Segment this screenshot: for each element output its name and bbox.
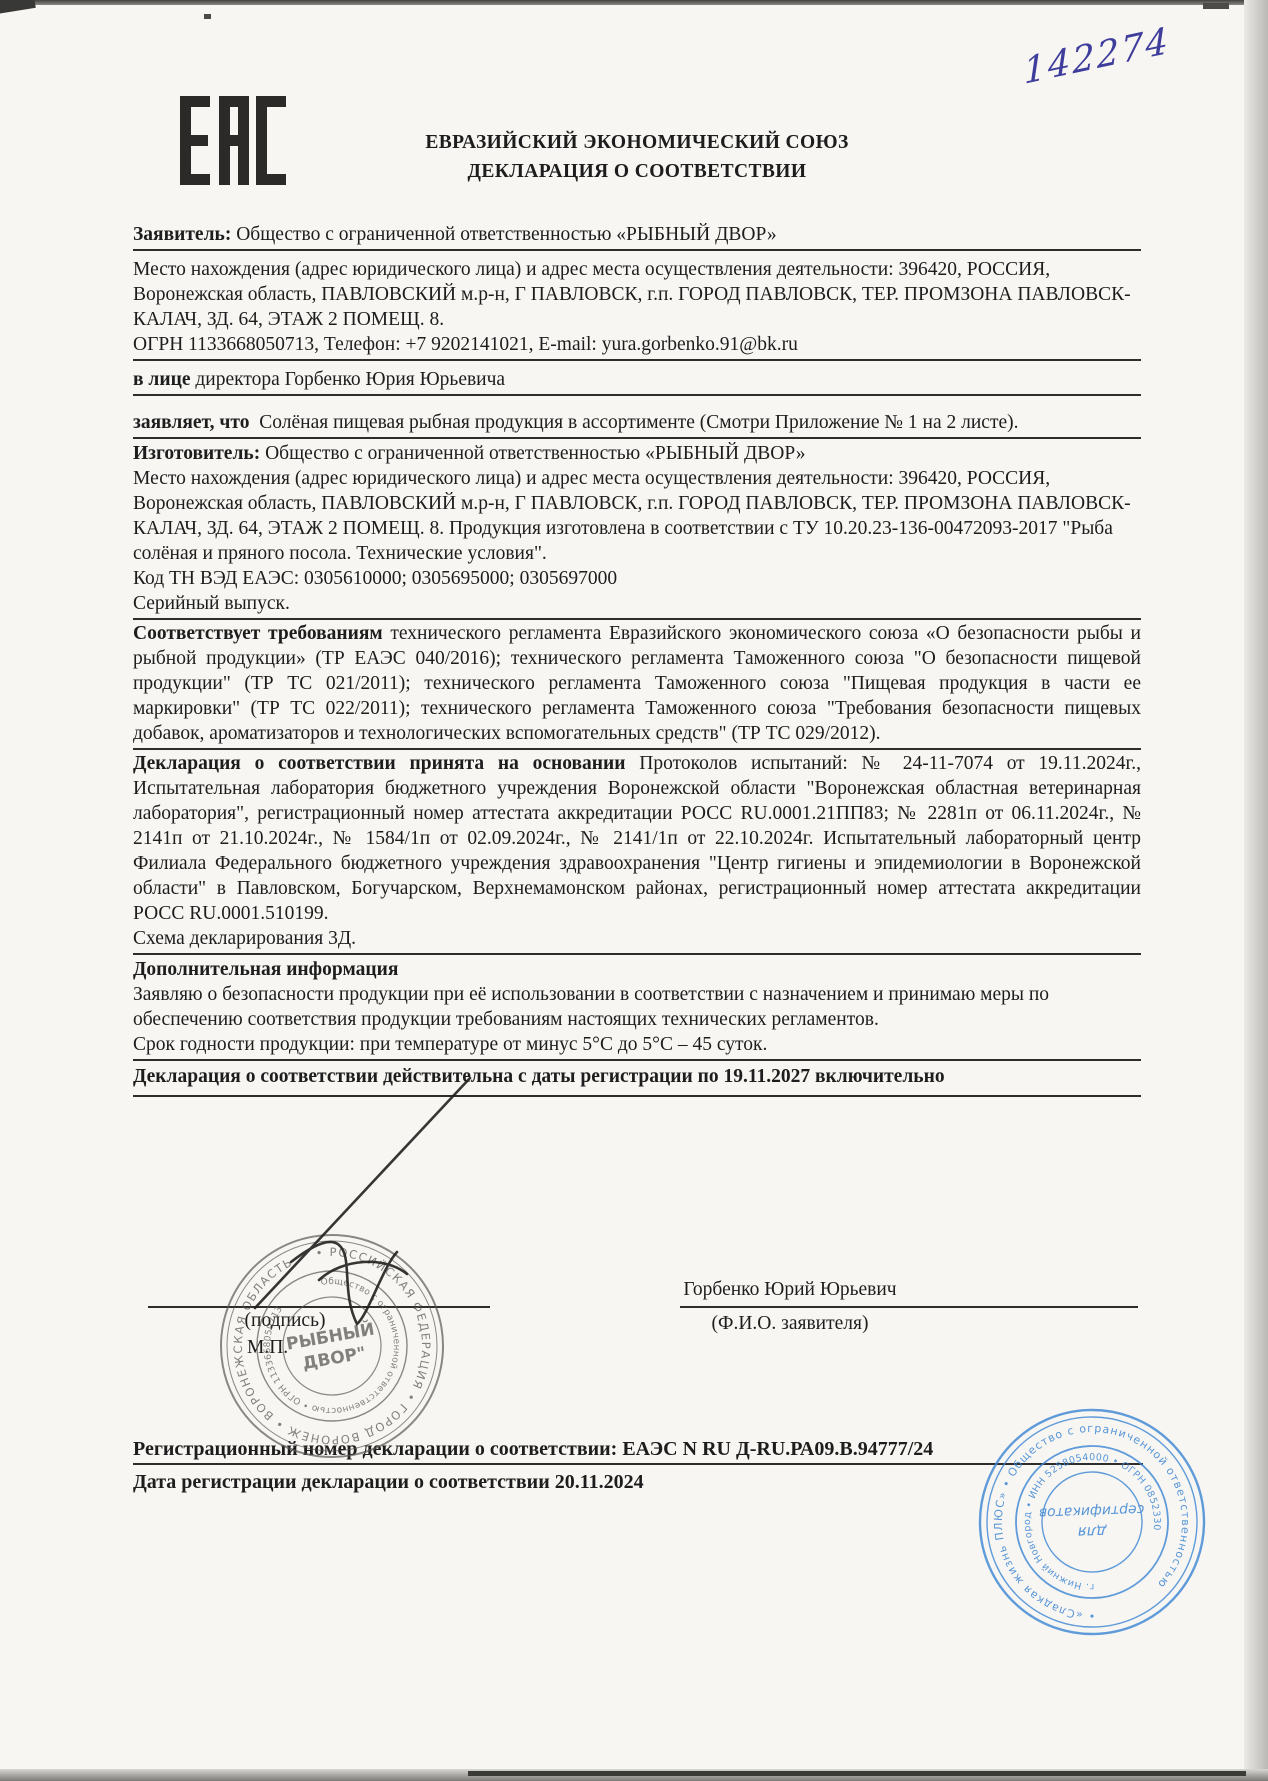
applicant-label: Заявитель: bbox=[133, 224, 231, 245]
blue-stamp-center-line2: сертификатов bbox=[1039, 1501, 1145, 1521]
scan-edge-bottom-line bbox=[468, 1771, 1246, 1776]
scan-edge-right bbox=[1244, 0, 1268, 1781]
director-label: в лице bbox=[133, 369, 190, 390]
certification-blue-stamp: • «Сладкая жизнь ПЛЮС» • Общество с огра… bbox=[971, 1401, 1213, 1643]
divider bbox=[133, 249, 1141, 251]
divider bbox=[133, 748, 1141, 750]
document-body: Заявитель: Общество с ограниченной ответ… bbox=[133, 222, 1141, 1098]
divider bbox=[133, 359, 1141, 361]
scan-edge-top bbox=[0, 0, 1268, 5]
applicant-line: Заявитель: Общество с ограниченной ответ… bbox=[133, 222, 1141, 247]
compliance-label: Соответствует требованиям bbox=[133, 623, 383, 644]
shelf-life-line: Срок годности продукции: при температуре… bbox=[133, 1032, 1141, 1057]
scan-speck bbox=[204, 14, 211, 19]
scanned-declaration-page: 142274 ЕВРАЗИЙСКИЙ ЭКОНОМИЧЕСКИЙ СОЮЗ ДЕ… bbox=[0, 0, 1268, 1781]
declares-paragraph: заявляет, что Солёная пищевая рыбная про… bbox=[133, 410, 1141, 435]
additional-label: Дополнительная информация bbox=[133, 957, 1141, 982]
basis-label: Декларация о соответствии принята на осн… bbox=[133, 753, 626, 774]
document-title: ЕВРАЗИЙСКИЙ ЭКОНОМИЧЕСКИЙ СОЮЗ ДЕКЛАРАЦИ… bbox=[133, 128, 1141, 186]
manufacturer-label: Изготовитель: bbox=[133, 443, 260, 464]
manufacturer-line: Изготовитель: Общество с ограниченной от… bbox=[133, 441, 1141, 466]
tn-ved-line: Код ТН ВЭД ЕАЭС: 0305610000; 0305695000;… bbox=[133, 566, 1141, 591]
compliance-paragraph: Соответствует требованиям технического р… bbox=[133, 621, 1141, 746]
applicant-director: в лице директора Горбенко Юрия Юрьевича bbox=[133, 367, 1141, 392]
blue-stamp-center-line1: для bbox=[1078, 1522, 1109, 1541]
title-line1: ЕВРАЗИЙСКИЙ ЭКОНОМИЧЕСКИЙ СОЮЗ bbox=[133, 128, 1141, 157]
declares-text: Солёная пищевая рыбная продукция в ассор… bbox=[259, 412, 1018, 433]
fio-line bbox=[680, 1306, 1138, 1308]
applicant-contacts: ОГРН 1133668050713, Телефон: +7 92021410… bbox=[133, 332, 1141, 357]
scan-speck bbox=[1203, 3, 1229, 9]
handwritten-number: 142274 bbox=[1023, 20, 1171, 93]
basis-paragraph: Декларация о соответствии принята на осн… bbox=[133, 751, 1141, 926]
declares-label: заявляет, что bbox=[133, 412, 250, 433]
additional-label-text: Дополнительная информация bbox=[133, 959, 398, 980]
applicant-name: Общество с ограниченной ответственностью… bbox=[236, 224, 776, 245]
handwritten-signature bbox=[233, 1066, 483, 1351]
serial-line: Серийный выпуск. bbox=[133, 591, 1141, 616]
divider bbox=[133, 437, 1141, 439]
additional-text: Заявляю о безопасности продукции при её … bbox=[133, 982, 1141, 1032]
divider bbox=[133, 394, 1141, 396]
director-name: директора Горбенко Юрия Юрьевича bbox=[195, 369, 505, 390]
manufacturer-address: Место нахождения (адрес юридического лиц… bbox=[133, 466, 1141, 566]
scan-corner-mark bbox=[0, 0, 36, 14]
scheme-line: Схема декларирования 3Д. bbox=[133, 926, 1141, 951]
basis-text: Протоколов испытаний: № 24-11-7074 от 19… bbox=[133, 753, 1141, 924]
divider bbox=[133, 618, 1141, 620]
applicant-address: Место нахождения (адрес юридического лиц… bbox=[133, 257, 1141, 332]
applicant-fio: Горбенко Юрий Юрьевич bbox=[640, 1279, 940, 1301]
title-line2: ДЕКЛАРАЦИЯ О СООТВЕТСТВИИ bbox=[133, 157, 1141, 186]
divider bbox=[133, 1059, 1141, 1061]
fio-caption: (Ф.И.О. заявителя) bbox=[640, 1313, 940, 1335]
divider bbox=[133, 953, 1141, 955]
manufacturer-name: Общество с ограниченной ответственностью… bbox=[265, 443, 805, 464]
